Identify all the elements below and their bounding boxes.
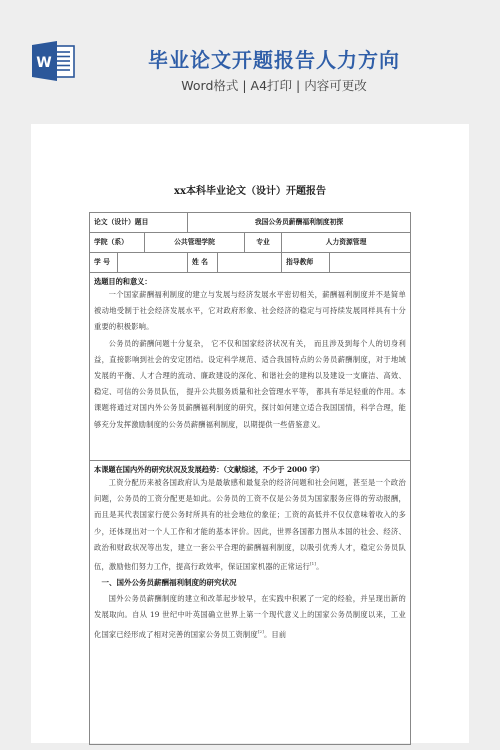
table-row-college: 学院（系） 公共管理学院 专业 人力资源管理 xyxy=(90,233,410,253)
banner-header: W 毕业论文开题报告人力方向 Word格式 | A4打印 | 内容可更改 xyxy=(0,0,500,124)
section-purpose-paragraph-1: 一个国家薪酬福利制度的建立与发展与经济发展水平密切相关，薪酬福利制度并不是简单被… xyxy=(94,287,406,336)
college-value: 公共管理学院 xyxy=(145,233,245,252)
paragraph-text: 国外公务员薪酬制度的建立和改革起步较早，在实践中积累了一定的经验，并呈现出新的发… xyxy=(94,594,406,638)
section-purpose: 选题目的和意义： 一个国家薪酬福利制度的建立与发展与经济发展水平密切相关，薪酬福… xyxy=(90,273,410,461)
paragraph-text: 工资分配历来被各国政府认为是最敏感和最复杂的经济问题和社会问题，甚至是一个政治问… xyxy=(94,478,406,571)
document-page: xx本科毕业论文（设计）开题报告 论文（设计）题目 我国公务员薪酬福利制度初探 … xyxy=(31,124,469,743)
major-label: 专业 xyxy=(245,233,282,252)
topic-label: 论文（设计）题目 xyxy=(90,213,188,232)
topic-value: 我国公务员薪酬福利制度初探 xyxy=(188,213,410,232)
name-value[interactable] xyxy=(218,253,282,272)
paragraph-end: 。 xyxy=(316,562,323,571)
student-id-label: 学 号 xyxy=(90,253,118,272)
proposal-table: 论文（设计）题目 我国公务员薪酬福利制度初探 学院（系） 公共管理学院 专业 人… xyxy=(89,212,411,745)
advisor-label: 指导教师 xyxy=(282,253,330,272)
table-row-topic: 论文（设计）题目 我国公务员薪酬福利制度初探 xyxy=(90,213,410,233)
section-purpose-paragraph-2: 公务员的薪酬问题十分复杂， 它不仅和国家经济状况有关， 而且涉及到每个人的切身利… xyxy=(94,336,406,433)
advisor-value[interactable] xyxy=(330,253,410,272)
section-literature-heading: 本课题在国内外的研究状况及发展趋势：（文献综述，不少于 2000 字） xyxy=(94,464,406,475)
section-literature-paragraph-1: 工资分配历来被各国政府认为是最敏感和最复杂的经济问题和社会问题，甚至是一个政治问… xyxy=(94,475,406,575)
section-literature: 本课题在国内外的研究状况及发展趋势：（文献综述，不少于 2000 字） 工资分配… xyxy=(90,461,410,744)
banner-subtitle: Word格式 | A4打印 | 内容可更改 xyxy=(0,76,500,94)
college-label: 学院（系） xyxy=(90,233,145,252)
section-literature-paragraph-2: 国外公务员薪酬制度的建立和改革起步较早，在实践中积累了一定的经验，并呈现出新的发… xyxy=(94,591,406,643)
paragraph-end: 。目前 xyxy=(264,630,286,639)
banner-title: 毕业论文开题报告人力方向 xyxy=(0,44,500,73)
name-label: 姓 名 xyxy=(188,253,218,272)
major-value: 人力资源管理 xyxy=(282,233,410,252)
table-row-student: 学 号 姓 名 指导教师 xyxy=(90,253,410,273)
student-id-value[interactable] xyxy=(118,253,188,272)
subsection-heading: 一、国外公务员薪酬福利制度的研究状况 xyxy=(94,575,406,591)
section-purpose-heading: 选题目的和意义： xyxy=(94,276,406,287)
document-title: xx本科毕业论文（设计）开题报告 xyxy=(31,182,469,197)
